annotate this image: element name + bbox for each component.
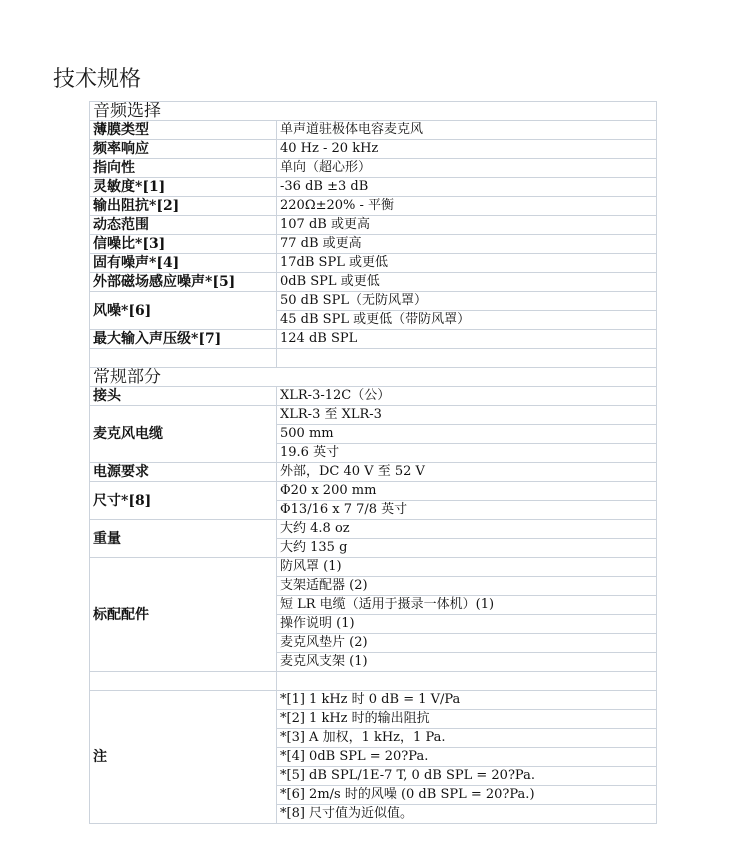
spec-row: 标配配件防风罩 (1) — [90, 558, 657, 577]
spec-value: 77 dB 或更高 — [277, 235, 657, 254]
spec-value: 短 LR 电缆（适用于摄录一体机）(1) — [277, 596, 657, 615]
spec-row — [90, 349, 657, 368]
spec-value: 45 dB SPL 或更低（带防风罩） — [277, 311, 657, 330]
spec-row: 接头XLR-3-12C（公） — [90, 387, 657, 406]
spec-value: 40 Hz - 20 kHz — [277, 140, 657, 159]
spec-label: 风噪*[6] — [90, 292, 277, 330]
spec-value: XLR-3-12C（公） — [277, 387, 657, 406]
spec-value: *[5] dB SPL/1E-7 T, 0 dB SPL = 20?Pa. — [277, 767, 657, 786]
spec-value: 防风罩 (1) — [277, 558, 657, 577]
section-header-row: 常规部分 — [90, 368, 657, 387]
spec-value: 500 mm — [277, 425, 657, 444]
spec-row: 信噪比*[3]77 dB 或更高 — [90, 235, 657, 254]
spec-label: 频率响应 — [90, 140, 277, 159]
spec-value: *[3] A 加权，1 kHz，1 Pa. — [277, 729, 657, 748]
spec-value — [277, 672, 657, 691]
spec-value: *[8] 尺寸值为近似值。 — [277, 805, 657, 824]
spec-value: 17dB SPL 或更低 — [277, 254, 657, 273]
spec-value: Φ13/16 x 7 7/8 英寸 — [277, 501, 657, 520]
section-title: 常规部分 — [90, 368, 657, 387]
spec-row: 输出阻抗*[2]220Ω±20% - 平衡 — [90, 197, 657, 216]
spec-label: 指向性 — [90, 159, 277, 178]
spec-row: 电源要求外部，DC 40 V 至 52 V — [90, 463, 657, 482]
spec-value: 124 dB SPL — [277, 330, 657, 349]
spec-value: 单声道驻极体电容麦克风 — [277, 121, 657, 140]
spec-value: 麦克风支架 (1) — [277, 653, 657, 672]
spec-label: 标配配件 — [90, 558, 277, 672]
spec-label: 输出阻抗*[2] — [90, 197, 277, 216]
spec-value — [277, 349, 657, 368]
spec-value: *[4] 0dB SPL = 20?Pa. — [277, 748, 657, 767]
spec-row: 灵敏度*[1]-36 dB ±3 dB — [90, 178, 657, 197]
spec-label: 电源要求 — [90, 463, 277, 482]
spec-value: 107 dB 或更高 — [277, 216, 657, 235]
spec-label: 注 — [90, 691, 277, 824]
spec-row: 尺寸*[8]Φ20 x 200 mm — [90, 482, 657, 501]
spec-label: 动态范围 — [90, 216, 277, 235]
spec-label: 信噪比*[3] — [90, 235, 277, 254]
spec-value: *[2] 1 kHz 时的输出阻抗 — [277, 710, 657, 729]
spec-value: 单向（超心形） — [277, 159, 657, 178]
spec-value: 外部，DC 40 V 至 52 V — [277, 463, 657, 482]
spec-label: 麦克风电缆 — [90, 406, 277, 463]
section-title: 音频选择 — [90, 102, 657, 121]
spec-value: Φ20 x 200 mm — [277, 482, 657, 501]
spec-value: 50 dB SPL（无防风罩） — [277, 292, 657, 311]
spec-row — [90, 672, 657, 691]
spec-row: 固有噪声*[4]17dB SPL 或更低 — [90, 254, 657, 273]
spec-label: 尺寸*[8] — [90, 482, 277, 520]
spec-value: 大约 135 g — [277, 539, 657, 558]
spec-value: *[1] 1 kHz 时 0 dB = 1 V/Pa — [277, 691, 657, 710]
spec-table: 音频选择薄膜类型单声道驻极体电容麦克风频率响应40 Hz - 20 kHz指向性… — [89, 101, 657, 824]
spec-label — [90, 349, 277, 368]
spec-row: 频率响应40 Hz - 20 kHz — [90, 140, 657, 159]
page-title: 技术规格 — [53, 62, 141, 93]
spec-row: 指向性单向（超心形） — [90, 159, 657, 178]
spec-value: 操作说明 (1) — [277, 615, 657, 634]
spec-row: 外部磁场感应噪声*[5]0dB SPL 或更低 — [90, 273, 657, 292]
spec-row: 注*[1] 1 kHz 时 0 dB = 1 V/Pa — [90, 691, 657, 710]
spec-row: 动态范围107 dB 或更高 — [90, 216, 657, 235]
spec-value: 19.6 英寸 — [277, 444, 657, 463]
section-header-row: 音频选择 — [90, 102, 657, 121]
spec-value: 支架适配器 (2) — [277, 577, 657, 596]
spec-row: 风噪*[6]50 dB SPL（无防风罩） — [90, 292, 657, 311]
spec-label: 灵敏度*[1] — [90, 178, 277, 197]
spec-value: 220Ω±20% - 平衡 — [277, 197, 657, 216]
spec-label: 接头 — [90, 387, 277, 406]
spec-label: 薄膜类型 — [90, 121, 277, 140]
spec-label: 重量 — [90, 520, 277, 558]
spec-label — [90, 672, 277, 691]
spec-value: 麦克风垫片 (2) — [277, 634, 657, 653]
spec-label: 固有噪声*[4] — [90, 254, 277, 273]
spec-row: 最大输入声压级*[7]124 dB SPL — [90, 330, 657, 349]
spec-row: 薄膜类型单声道驻极体电容麦克风 — [90, 121, 657, 140]
spec-row: 重量大约 4.8 oz — [90, 520, 657, 539]
spec-value: 大约 4.8 oz — [277, 520, 657, 539]
spec-label: 外部磁场感应噪声*[5] — [90, 273, 277, 292]
spec-value: 0dB SPL 或更低 — [277, 273, 657, 292]
spec-value: *[6] 2m/s 时的风噪 (0 dB SPL = 20?Pa.) — [277, 786, 657, 805]
spec-value: -36 dB ±3 dB — [277, 178, 657, 197]
spec-row: 麦克风电缆XLR-3 至 XLR-3 — [90, 406, 657, 425]
spec-label: 最大输入声压级*[7] — [90, 330, 277, 349]
spec-value: XLR-3 至 XLR-3 — [277, 406, 657, 425]
